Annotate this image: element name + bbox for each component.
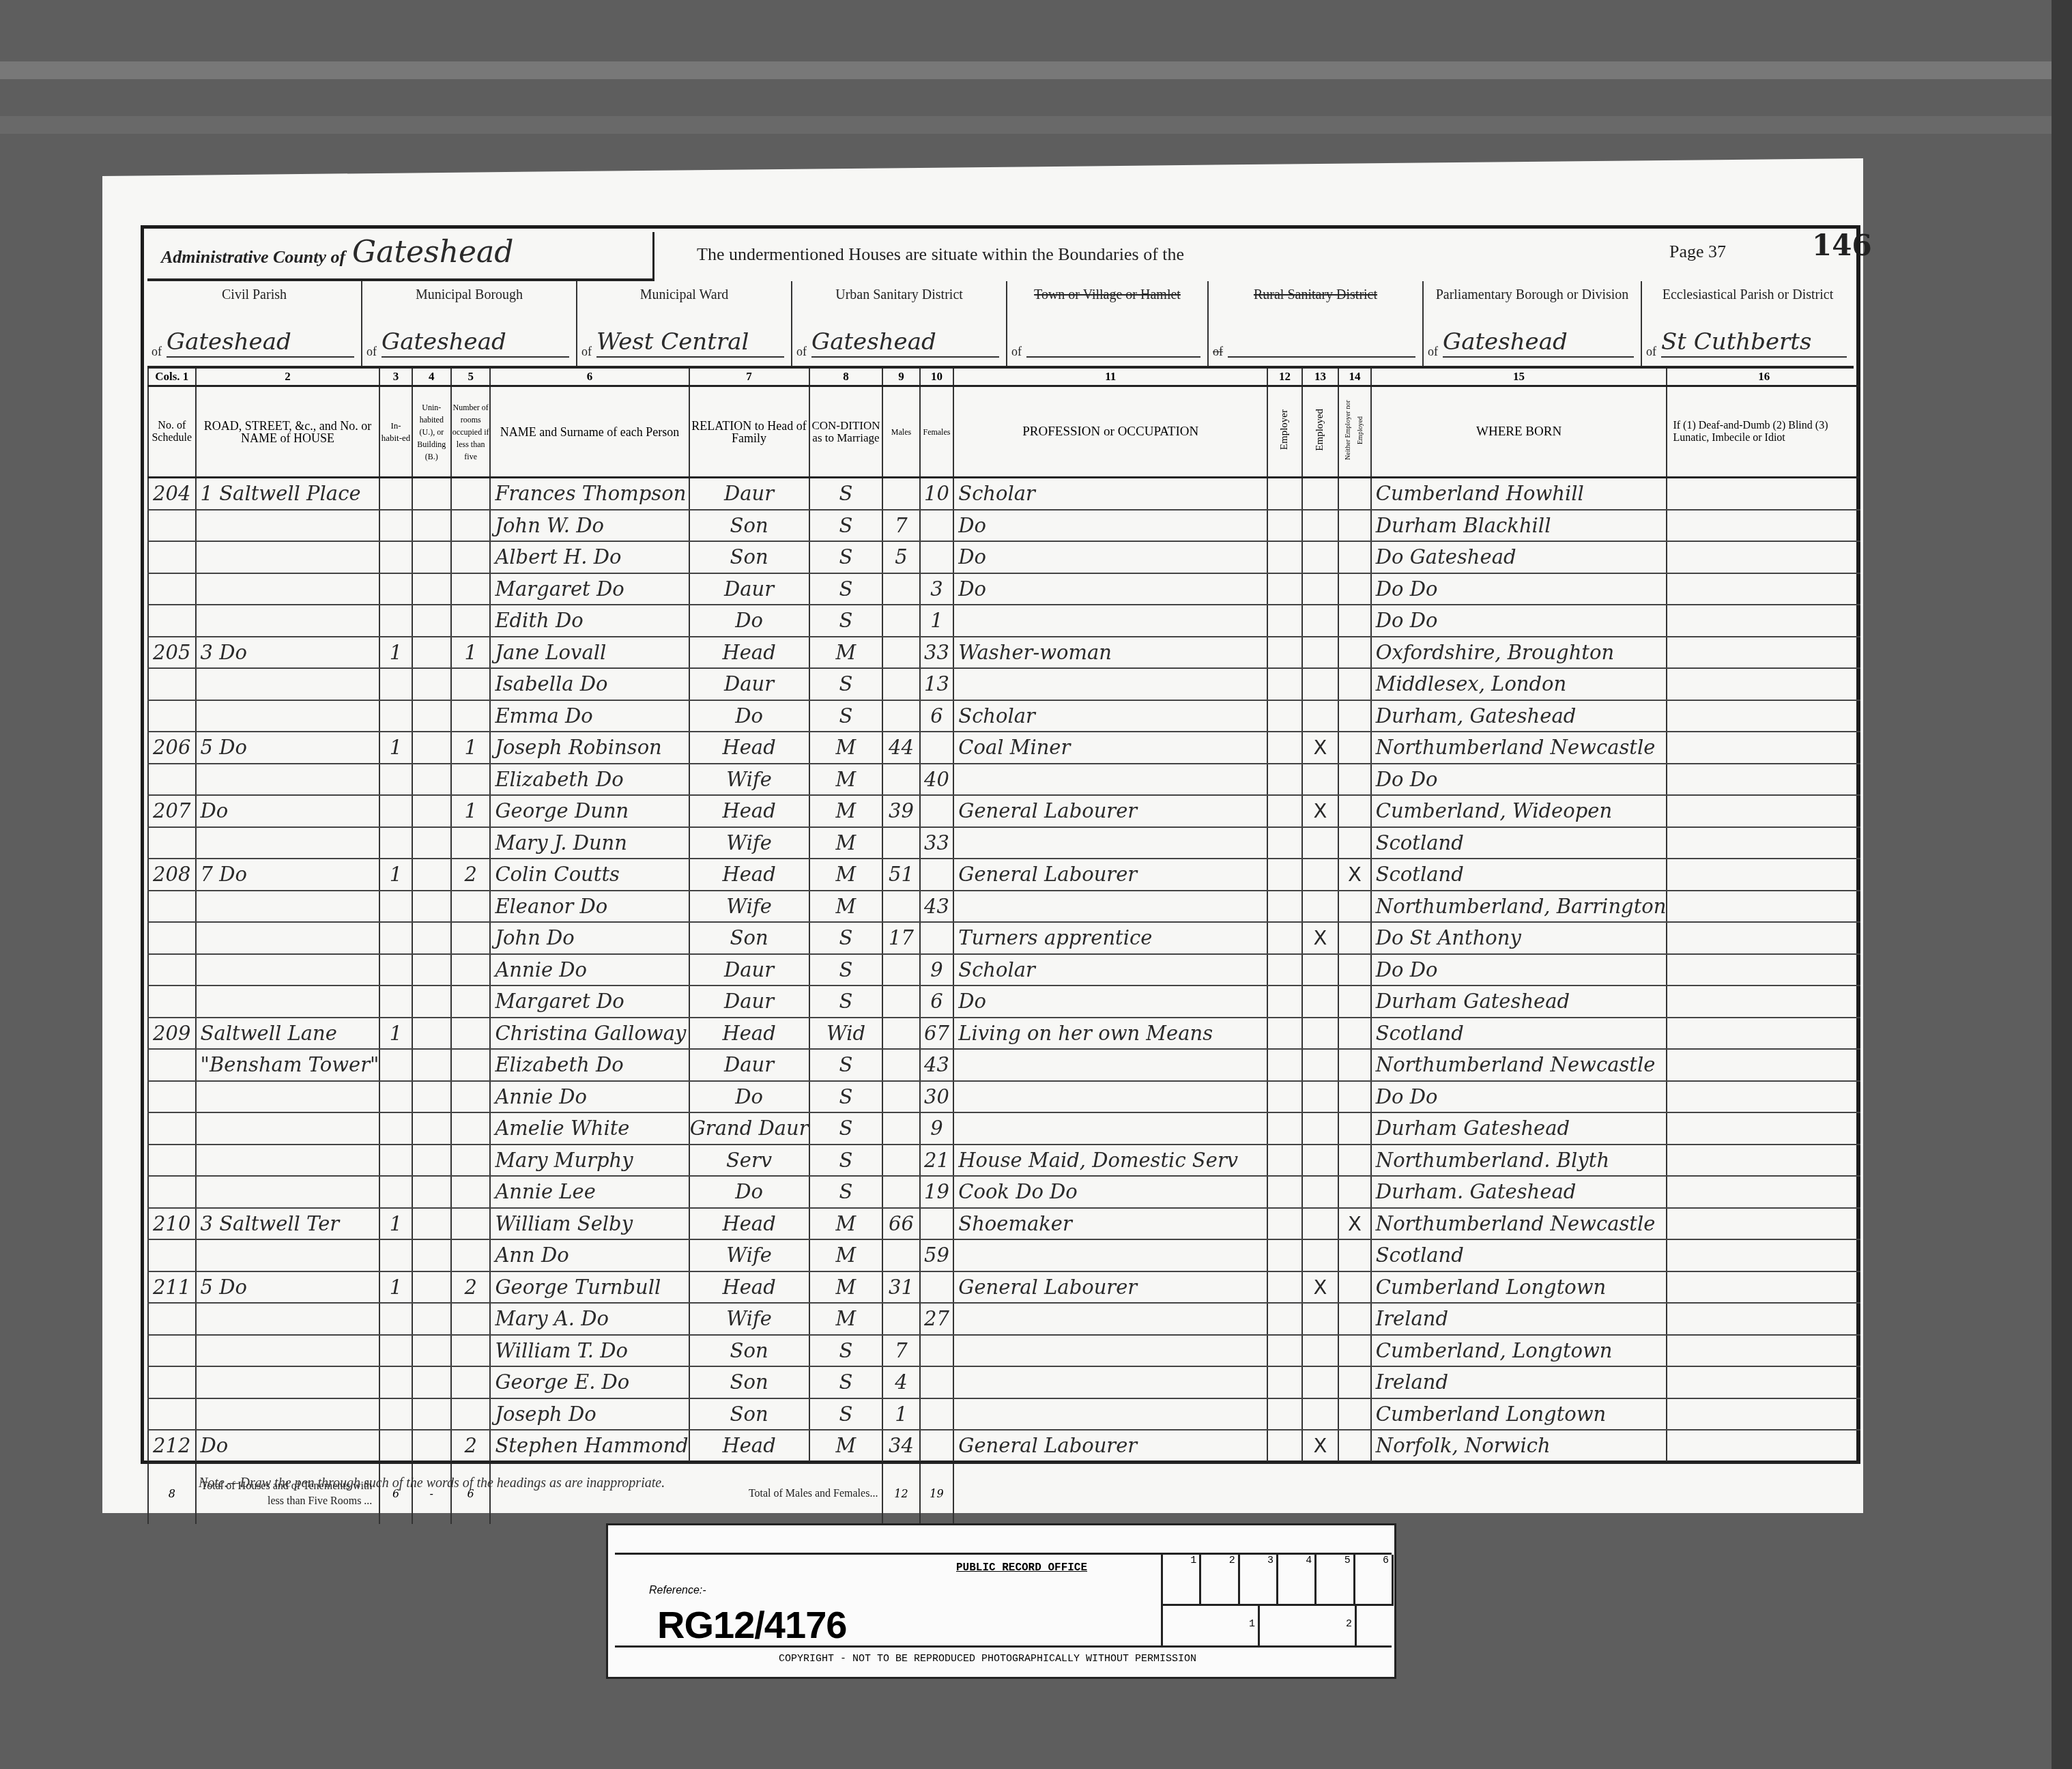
cell-where-born: Scotland [1371, 859, 1667, 891]
cell-rooms [451, 668, 490, 700]
cell-employed [1302, 1239, 1338, 1271]
cell-name: George E. Do [490, 1366, 689, 1398]
header-address: ROAD, STREET, &c., and No. or NAME of HO… [196, 386, 380, 478]
cell-schedule [148, 541, 196, 573]
cell-name: Emma Do [490, 700, 689, 732]
cell-neither [1338, 1049, 1371, 1081]
cell-female-age: 3 [920, 573, 954, 605]
cell-schedule [148, 891, 196, 923]
cell-occupation [953, 891, 1267, 923]
table-row: 2065 Do11Joseph RobinsonHeadM44Coal Mine… [148, 732, 1860, 764]
cell-male-age [882, 668, 919, 700]
division-municipal-ward: Municipal Ward of West Central [577, 281, 792, 366]
cell-condition: S [809, 922, 883, 954]
cell-where-born: Do Do [1371, 573, 1667, 605]
table-row: 212Do2Stephen HammondHeadM34General Labo… [148, 1430, 1860, 1463]
cell-condition: M [809, 859, 883, 891]
division-rural-sanitary: Rural Sanitary District of [1209, 281, 1424, 366]
cell-where-born: Scotland [1371, 1239, 1667, 1271]
scale-tick: 3 [1240, 1555, 1278, 1604]
cell-female-age: 59 [920, 1239, 954, 1271]
cell-employer [1267, 605, 1302, 637]
cell-neither [1338, 478, 1371, 510]
divisions-row: Civil Parish of Gateshead Municipal Boro… [147, 281, 1854, 369]
cell-infirmity [1667, 478, 1860, 510]
cell-neither [1338, 700, 1371, 732]
cell-address: Do [196, 1430, 380, 1463]
cell-inhabited [379, 1145, 412, 1177]
cell-neither [1338, 1112, 1371, 1145]
cell-rooms [451, 827, 490, 859]
table-row: Joseph DoSonS1Cumberland Longtown [148, 1398, 1860, 1430]
cell-where-born: Durham Blackhill [1371, 510, 1667, 542]
division-title: Municipal Borough [362, 287, 576, 303]
cell-female-age: 43 [920, 1049, 954, 1081]
division-title: Town or Village or Hamlet [1007, 287, 1207, 303]
cell-where-born: Cumberland, Longtown [1371, 1335, 1667, 1367]
cell-employer [1267, 637, 1302, 669]
cell-male-age: 34 [882, 1430, 919, 1463]
cell-rooms: 1 [451, 795, 490, 827]
cell-male-age [882, 1112, 919, 1145]
cell-employed [1302, 1145, 1338, 1177]
cell-rooms [451, 986, 490, 1018]
cell-occupation [953, 1049, 1267, 1081]
cell-address: 3 Do [196, 637, 380, 669]
cell-rooms [451, 1335, 490, 1367]
table-row: Albert H. DoSonS5DoDo Gateshead [148, 541, 1860, 573]
cell-name: Albert H. Do [490, 541, 689, 573]
column-numbers-row: Cols. 1 2 3 4 5 6 7 8 9 10 11 12 13 14 1… [148, 369, 1860, 386]
col-number: 4 [412, 369, 451, 386]
cell-inhabited [379, 764, 412, 796]
cell-inhabited [379, 541, 412, 573]
header-employed: Employed [1314, 409, 1326, 451]
cell-female-age [920, 1208, 954, 1240]
cell-address [196, 954, 380, 986]
cell-condition: S [809, 1145, 883, 1177]
cell-male-age [882, 1018, 919, 1050]
cell-neither [1338, 922, 1371, 954]
cell-where-born: Northumberland. Blyth [1371, 1145, 1667, 1177]
cell-occupation [953, 1335, 1267, 1367]
cell-female-age: 9 [920, 954, 954, 986]
cell-employed [1302, 859, 1338, 891]
cell-name: Margaret Do [490, 986, 689, 1018]
cell-neither [1338, 510, 1371, 542]
cell-inhabited [379, 573, 412, 605]
cell-where-born: Do Do [1371, 1081, 1667, 1113]
cell-name: John W. Do [490, 510, 689, 542]
cell-condition: M [809, 1271, 883, 1304]
cell-address [196, 922, 380, 954]
table-row: Amelie WhiteGrand DaurS9Durham Gateshead [148, 1112, 1860, 1145]
cell-employer [1267, 859, 1302, 891]
cell-female-age: 27 [920, 1303, 954, 1335]
cell-uninhabited [412, 1271, 451, 1304]
cell-inhabited [379, 605, 412, 637]
cell-schedule [148, 1112, 196, 1145]
cell-relation: Head [689, 732, 809, 764]
cell-female-age: 21 [920, 1145, 954, 1177]
cell-rooms [451, 1049, 490, 1081]
cell-where-born: Cumberland, Wideopen [1371, 795, 1667, 827]
division-title: Parliamentary Borough or Division [1424, 287, 1641, 303]
cell-address [196, 573, 380, 605]
cell-female-age: 13 [920, 668, 954, 700]
cell-where-born: Do St Anthony [1371, 922, 1667, 954]
reference-label: PUBLIC RECORD OFFICE Reference:- RG12/41… [606, 1523, 1396, 1679]
header-row: No. of Schedule ROAD, STREET, &c., and N… [148, 386, 1860, 478]
cell-name: George Turnbull [490, 1271, 689, 1304]
cell-employed [1302, 1335, 1338, 1367]
header-infirmity: If (1) Deaf-and-Dumb (2) Blind (3) Lunat… [1667, 386, 1860, 478]
cell-neither [1338, 1239, 1371, 1271]
census-table: Cols. 1 2 3 4 5 6 7 8 9 10 11 12 13 14 1… [147, 369, 1860, 1524]
col-number: 7 [689, 369, 809, 386]
header-relation: RELATION to Head of Family [689, 386, 809, 478]
cell-schedule [148, 1398, 196, 1430]
scale-tick [1357, 1606, 1394, 1646]
scale-tick: 2 [1260, 1606, 1357, 1646]
census-sheet: Administrative County of Gateshead The u… [141, 225, 1860, 1495]
cell-schedule [148, 954, 196, 986]
cell-neither [1338, 668, 1371, 700]
cell-relation: Grand Daur [689, 1112, 809, 1145]
cell-rooms [451, 1176, 490, 1208]
cell-inhabited: 1 [379, 637, 412, 669]
division-of: of [1213, 345, 1223, 359]
cell-where-born: Ireland [1371, 1366, 1667, 1398]
cell-condition: S [809, 1176, 883, 1208]
cell-schedule: 208 [148, 859, 196, 891]
scale-cm: 1 2 3 4 5 6 [1163, 1555, 1394, 1606]
table-row: George E. DoSonS4Ireland [148, 1366, 1860, 1398]
cell-uninhabited [412, 891, 451, 923]
cell-infirmity [1667, 1335, 1860, 1367]
cell-female-age [920, 541, 954, 573]
cell-address: 3 Saltwell Ter [196, 1208, 380, 1240]
cell-uninhabited [412, 1366, 451, 1398]
cell-inhabited: 1 [379, 859, 412, 891]
cell-female-age: 33 [920, 637, 954, 669]
division-town-village: Town or Village or Hamlet of [1007, 281, 1209, 366]
cell-female-age [920, 1366, 954, 1398]
cell-infirmity [1667, 922, 1860, 954]
county-value: Gateshead [352, 235, 513, 270]
table-row: Annie DoDaurS9ScholarDo Do [148, 954, 1860, 986]
cell-female-age [920, 732, 954, 764]
cell-condition: M [809, 1303, 883, 1335]
cell-employer [1267, 1145, 1302, 1177]
cell-infirmity [1667, 1145, 1860, 1177]
cell-condition: S [809, 1049, 883, 1081]
cell-neither [1338, 1430, 1371, 1463]
cell-uninhabited [412, 573, 451, 605]
division-value: Gateshead [1443, 328, 1634, 358]
cell-infirmity [1667, 1018, 1860, 1050]
division-urban-sanitary: Urban Sanitary District of Gateshead [792, 281, 1007, 366]
cell-address [196, 1081, 380, 1113]
cell-condition: M [809, 637, 883, 669]
cell-rooms: 2 [451, 1430, 490, 1463]
table-row: Mary J. DunnWifeM33Scotland [148, 827, 1860, 859]
cell-neither [1338, 637, 1371, 669]
cell-schedule [148, 1303, 196, 1335]
cell-where-born: Northumberland Newcastle [1371, 732, 1667, 764]
cell-relation: Son [689, 541, 809, 573]
cell-infirmity [1667, 1208, 1860, 1240]
cell-name: Margaret Do [490, 573, 689, 605]
cell-employer [1267, 1239, 1302, 1271]
cell-employer [1267, 891, 1302, 923]
cell-address: 5 Do [196, 732, 380, 764]
division-title: Municipal Ward [577, 287, 791, 303]
cell-male-age: 7 [882, 1335, 919, 1367]
cell-uninhabited [412, 1176, 451, 1208]
cell-infirmity [1667, 891, 1860, 923]
col-number: 5 [451, 369, 490, 386]
cell-where-born: Middlesex, London [1371, 668, 1667, 700]
cell-inhabited [379, 1303, 412, 1335]
cell-inhabited [379, 668, 412, 700]
table-row: 209Saltwell Lane1Christina GallowayHeadW… [148, 1018, 1860, 1050]
cell-female-age [920, 795, 954, 827]
cell-occupation: Do [953, 986, 1267, 1018]
cell-where-born: Do Do [1371, 954, 1667, 986]
table-row: Emma DoDoS6ScholarDurham, Gateshead [148, 700, 1860, 732]
division-value: Gateshead [167, 328, 354, 358]
cell-employer [1267, 1018, 1302, 1050]
total-females: 19 [920, 1463, 954, 1524]
cell-rooms [451, 1366, 490, 1398]
cell-uninhabited [412, 668, 451, 700]
cell-neither: X [1338, 1208, 1371, 1240]
cell-female-age [920, 859, 954, 891]
cell-inhabited [379, 1049, 412, 1081]
cell-employer [1267, 795, 1302, 827]
cell-relation: Head [689, 859, 809, 891]
header-name: NAME and Surname of each Person [490, 386, 689, 478]
total-houses-label: Total of Houses and of Tenements with le… [196, 1463, 380, 1524]
cell-employer [1267, 1366, 1302, 1398]
cell-infirmity [1667, 1271, 1860, 1304]
cell-name: John Do [490, 922, 689, 954]
total-blank [953, 1463, 1860, 1524]
cell-neither [1338, 1398, 1371, 1430]
cell-rooms [451, 510, 490, 542]
cell-female-age: 33 [920, 827, 954, 859]
cell-rooms [451, 605, 490, 637]
cell-address: Saltwell Lane [196, 1018, 380, 1050]
cell-where-born: Durham, Gateshead [1371, 700, 1667, 732]
cell-male-age: 5 [882, 541, 919, 573]
cell-neither [1338, 795, 1371, 827]
cell-employed [1302, 1049, 1338, 1081]
cell-employed [1302, 954, 1338, 986]
header-schedule: No. of Schedule [148, 386, 196, 478]
cell-neither [1338, 1335, 1371, 1367]
cell-neither [1338, 891, 1371, 923]
table-row: 207Do1George DunnHeadM39General Labourer… [148, 795, 1860, 827]
cell-relation: Head [689, 795, 809, 827]
cell-inhabited [379, 510, 412, 542]
division-of: of [366, 345, 377, 359]
cell-schedule: 211 [148, 1271, 196, 1304]
cell-employed: X [1302, 732, 1338, 764]
division-value: St Cuthberts [1661, 328, 1847, 358]
total-inhabited: 6 [379, 1463, 412, 1524]
table-row: Ann DoWifeM59Scotland [148, 1239, 1860, 1271]
cell-schedule [148, 1049, 196, 1081]
cell-employer [1267, 478, 1302, 510]
cell-neither [1338, 1271, 1371, 1304]
table-row: Mary MurphyServS21House Maid, Domestic S… [148, 1145, 1860, 1177]
cell-male-age: 44 [882, 732, 919, 764]
cell-male-age [882, 1176, 919, 1208]
division-of: of [1428, 345, 1438, 359]
cell-infirmity [1667, 986, 1860, 1018]
cell-female-age: 19 [920, 1176, 954, 1208]
cell-occupation: General Labourer [953, 1430, 1267, 1463]
header-where-born: WHERE BORN [1371, 386, 1667, 478]
col-number: 12 [1267, 369, 1302, 386]
cell-relation: Daur [689, 986, 809, 1018]
cell-name: Elizabeth Do [490, 1049, 689, 1081]
cell-infirmity [1667, 1303, 1860, 1335]
cell-rooms [451, 1081, 490, 1113]
cell-occupation: Scholar [953, 700, 1267, 732]
cell-relation: Wife [689, 891, 809, 923]
cell-male-age [882, 986, 919, 1018]
cell-relation: Wife [689, 827, 809, 859]
table-row: 2103 Saltwell Ter1William SelbyHeadM66Sh… [148, 1208, 1860, 1240]
scan-edge [2052, 0, 2072, 1769]
cell-where-born: Cumberland Longtown [1371, 1398, 1667, 1430]
scale-tick: 1 [1163, 1606, 1260, 1646]
cell-infirmity [1667, 954, 1860, 986]
cell-name: Stephen Hammond [490, 1430, 689, 1463]
cell-name: Joseph Do [490, 1398, 689, 1430]
cell-where-born: Do Do [1371, 605, 1667, 637]
county-label: Administrative County of [161, 247, 345, 268]
cell-rooms [451, 573, 490, 605]
cell-schedule [148, 573, 196, 605]
cell-condition: Wid [809, 1018, 883, 1050]
table-row: "Bensham Tower"Elizabeth DoDaurS43Northu… [148, 1049, 1860, 1081]
cell-uninhabited [412, 1430, 451, 1463]
table-row: John W. DoSonS7DoDurham Blackhill [148, 510, 1860, 542]
cell-rooms [451, 478, 490, 510]
col-number: 2 [196, 369, 380, 386]
cell-neither [1338, 1303, 1371, 1335]
cell-name: Joseph Robinson [490, 732, 689, 764]
header-females: Females [920, 386, 954, 478]
cell-rooms [451, 1398, 490, 1430]
cell-name: Mary J. Dunn [490, 827, 689, 859]
cell-employed [1302, 605, 1338, 637]
cell-address: 1 Saltwell Place [196, 478, 380, 510]
division-title: Ecclesiastical Parish or District [1642, 287, 1854, 303]
cell-where-born: Northumberland, Barrington [1371, 891, 1667, 923]
total-persons-label: Total of Males and Females... [490, 1463, 882, 1524]
cell-male-age [882, 764, 919, 796]
cell-infirmity [1667, 859, 1860, 891]
division-parliamentary: Parliamentary Borough or Division of Gat… [1424, 281, 1642, 366]
cell-employer [1267, 922, 1302, 954]
cell-condition: S [809, 986, 883, 1018]
census-rows: 2041 Saltwell PlaceFrances ThompsonDaurS… [148, 478, 1860, 1463]
cell-relation: Serv [689, 1145, 809, 1177]
cell-relation: Head [689, 637, 809, 669]
cell-where-born: Northumberland Newcastle [1371, 1208, 1667, 1240]
cell-where-born: Scotland [1371, 1018, 1667, 1050]
cell-condition: M [809, 764, 883, 796]
cell-name: Mary Murphy [490, 1145, 689, 1177]
intro-text: The undermentioned Houses are situate wi… [697, 244, 1184, 265]
cell-name: William Selby [490, 1208, 689, 1240]
reference-word: Reference:- [649, 1585, 706, 1597]
cell-infirmity [1667, 764, 1860, 796]
cell-occupation [953, 1366, 1267, 1398]
scale-inch: 1 2 [1163, 1606, 1394, 1646]
cell-female-age [920, 510, 954, 542]
cell-male-age: 17 [882, 922, 919, 954]
cell-employer [1267, 510, 1302, 542]
cell-where-born: Cumberland Longtown [1371, 1271, 1667, 1304]
cell-name: Frances Thompson [490, 478, 689, 510]
cell-employer [1267, 1398, 1302, 1430]
cell-relation: Son [689, 1366, 809, 1398]
cell-inhabited [379, 1366, 412, 1398]
cell-schedule [148, 986, 196, 1018]
cell-infirmity [1667, 1112, 1860, 1145]
cell-relation: Son [689, 922, 809, 954]
col-number: 13 [1302, 369, 1338, 386]
record-office: PUBLIC RECORD OFFICE [956, 1562, 1087, 1574]
cell-where-born: Cumberland Howhill [1371, 478, 1667, 510]
copyright-notice: COPYRIGHT - NOT TO BE REPRODUCED PHOTOGR… [615, 1645, 1392, 1671]
cell-inhabited: 1 [379, 732, 412, 764]
cell-name: Annie Do [490, 954, 689, 986]
cell-employed [1302, 1398, 1338, 1430]
cell-condition: S [809, 1335, 883, 1367]
cell-name: Elizabeth Do [490, 764, 689, 796]
cell-inhabited [379, 795, 412, 827]
cell-rooms [451, 1112, 490, 1145]
cell-infirmity [1667, 1176, 1860, 1208]
cell-name: Ann Do [490, 1239, 689, 1271]
cell-neither [1338, 1145, 1371, 1177]
cell-rooms [451, 954, 490, 986]
cell-schedule: 206 [148, 732, 196, 764]
cell-schedule [148, 1176, 196, 1208]
cell-employed [1302, 764, 1338, 796]
cell-condition: S [809, 1398, 883, 1430]
cell-schedule: 207 [148, 795, 196, 827]
cell-male-age [882, 700, 919, 732]
cell-schedule [148, 605, 196, 637]
cell-uninhabited [412, 764, 451, 796]
footnote: Note.—Draw the pen through such of the w… [199, 1476, 665, 1491]
cell-rooms: 1 [451, 637, 490, 669]
cell-employed [1302, 827, 1338, 859]
cell-inhabited [379, 922, 412, 954]
cell-inhabited [379, 986, 412, 1018]
division-value [1026, 328, 1200, 358]
table-row: Margaret DoDaurS3DoDo Do [148, 573, 1860, 605]
cell-female-age: 9 [920, 1112, 954, 1145]
